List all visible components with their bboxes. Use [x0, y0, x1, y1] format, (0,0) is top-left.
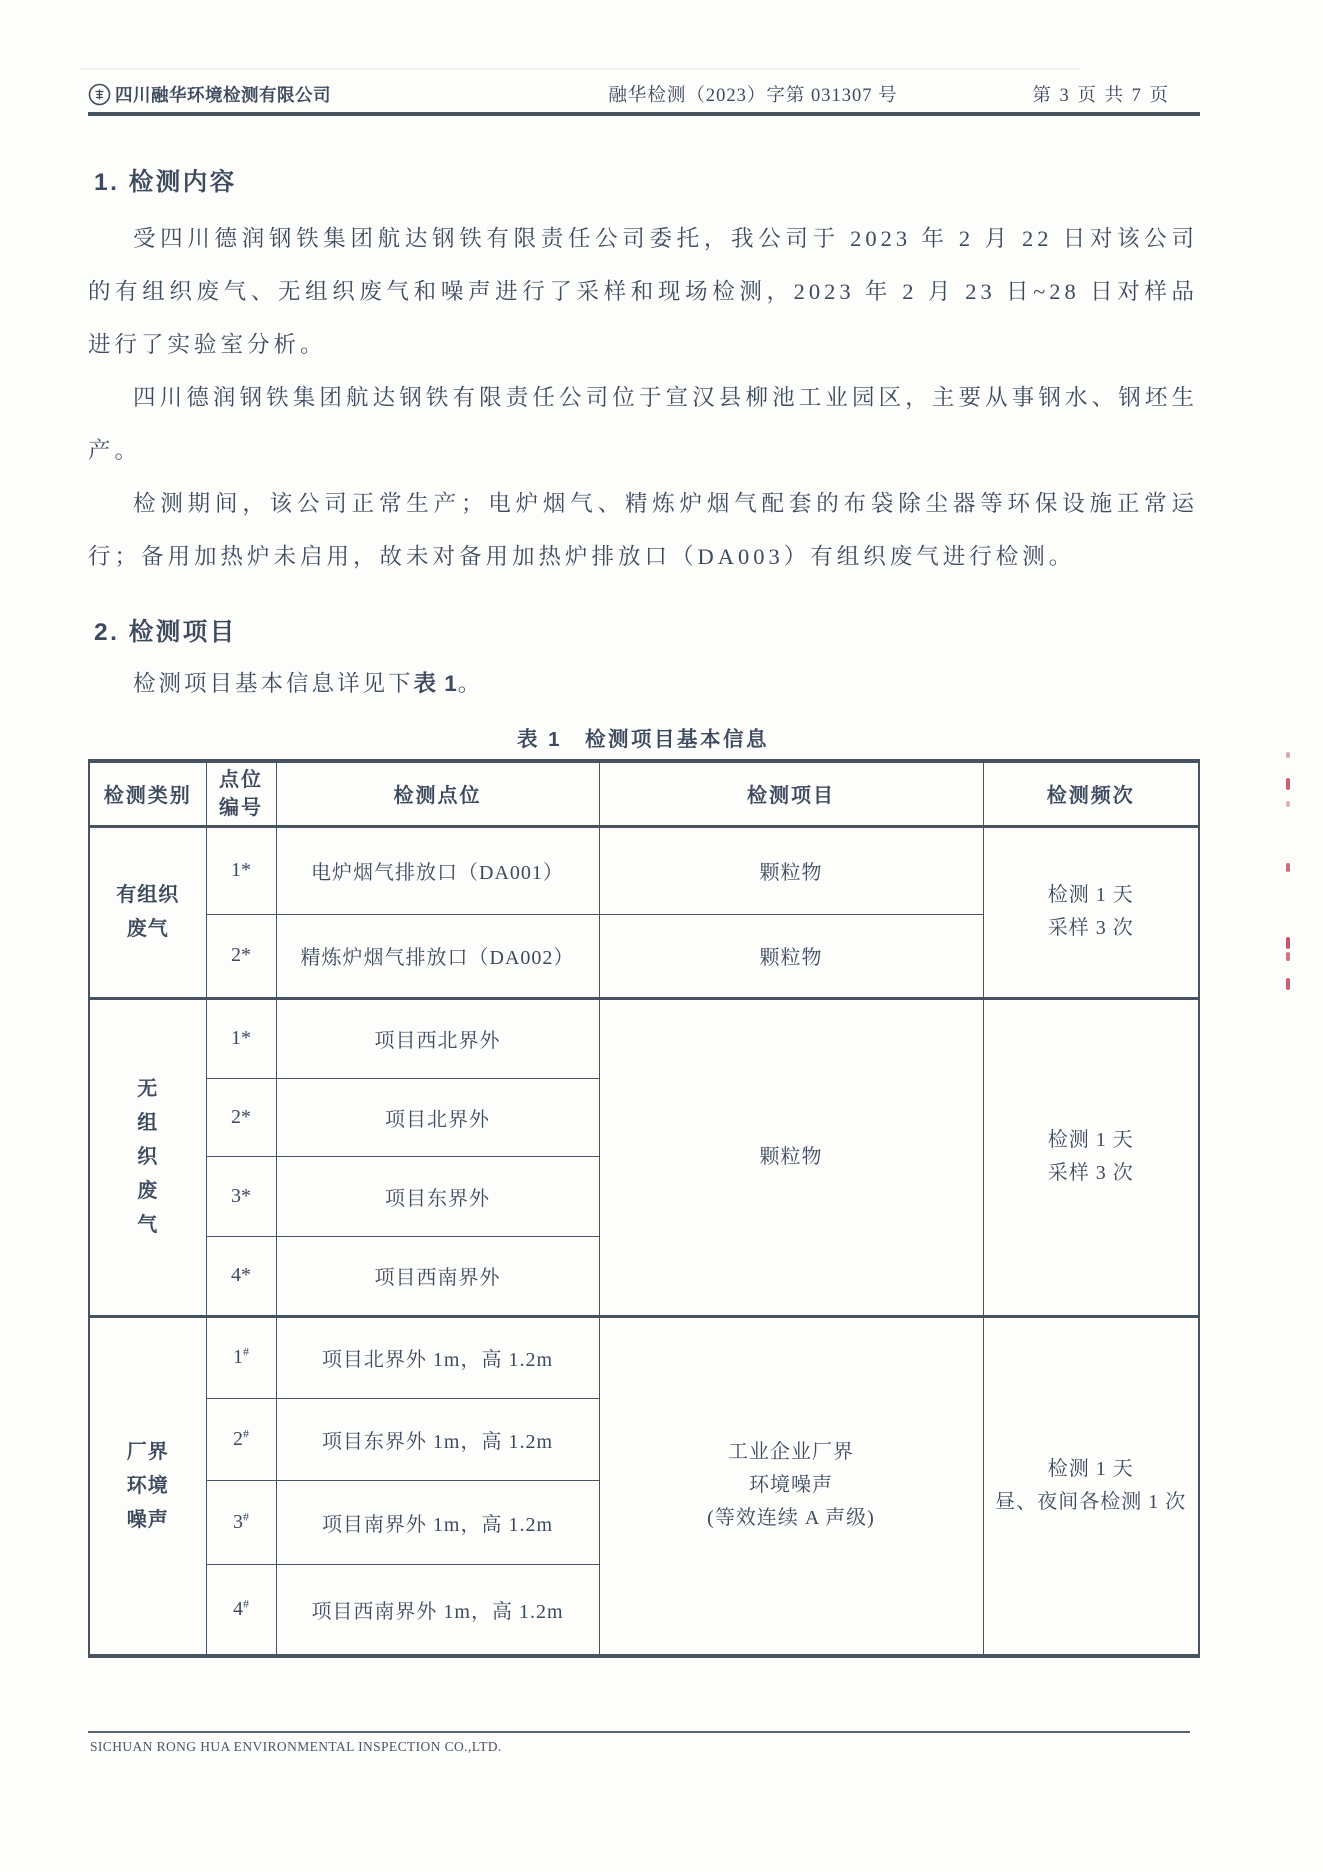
point-cell: 项目北界外	[276, 1078, 599, 1156]
point-cell: 项目东界外	[276, 1156, 599, 1236]
red-scan-mark	[1286, 778, 1290, 790]
table-row: 无组织废气1*项目西北界外颗粒物检测 1 天采样 3 次	[89, 998, 1199, 1078]
point-number-cell: 3#	[206, 1480, 276, 1564]
company-logo-icon	[88, 83, 111, 106]
point-cell: 项目北界外 1m，高 1.2m	[276, 1316, 599, 1398]
section1-paragraph-3: 检测期间，该公司正常生产；电炉烟气、精炼炉烟气配套的布袋除尘器等环保设施正常运行…	[88, 477, 1198, 583]
category-cell: 厂界环境噪声	[89, 1316, 206, 1656]
point-cell: 项目西北界外	[276, 998, 599, 1078]
item-cell: 工业企业厂界环境噪声(等效连续 A 声级)	[599, 1316, 983, 1656]
document-page: 四川融华环境检测有限公司 融华检测（2023）字第 031307 号 第 3 页…	[0, 0, 1323, 1872]
header-category: 检测类别	[89, 761, 206, 826]
header-item: 检测项目	[599, 761, 983, 826]
company-identity: 四川融华环境检测有限公司	[88, 82, 418, 107]
monitoring-items-table: 检测类别 点位 编号 检测点位 检测项目 检测频次 有组织废气1*电炉烟气排放口…	[88, 759, 1200, 1658]
red-scan-mark	[1286, 801, 1290, 807]
section1-paragraph-1: 受四川德润钢铁集团航达钢铁有限责任公司委托，我公司于 2023 年 2 月 22…	[88, 212, 1198, 371]
company-name: 四川融华环境检测有限公司	[115, 82, 331, 107]
table-row: 有组织废气1*电炉烟气排放口（DA001）颗粒物检测 1 天采样 3 次	[89, 826, 1199, 914]
red-scan-mark	[1286, 937, 1290, 949]
point-cell: 项目东界外 1m，高 1.2m	[276, 1398, 599, 1480]
section1-paragraph-2: 四川德润钢铁集团航达钢铁有限责任公司位于宣汉县柳池工业园区，主要从事钢水、钢坯生…	[88, 371, 1198, 477]
category-cell: 有组织废气	[89, 826, 206, 998]
item-cell: 颗粒物	[599, 826, 983, 914]
document-body: 1. 检测内容 受四川德润钢铁集团航达钢铁有限责任公司委托，我公司于 2023 …	[88, 163, 1198, 1658]
red-scan-mark	[1286, 978, 1290, 990]
point-cell: 电炉烟气排放口（DA001）	[276, 826, 599, 914]
point-number-cell: 4*	[206, 1236, 276, 1316]
document-number: 融华检测（2023）字第 031307 号	[533, 81, 973, 107]
frequency-cell: 检测 1 天采样 3 次	[983, 998, 1199, 1316]
point-number-cell: 2#	[206, 1398, 276, 1480]
footer-company-name: SICHUAN RONG HUA ENVIRONMENTAL INSPECTIO…	[90, 1739, 502, 1755]
section2-intro-suffix: 。	[458, 671, 484, 696]
header-frequency: 检测频次	[983, 761, 1199, 826]
frequency-cell: 检测 1 天昼、夜间各检测 1 次	[983, 1316, 1199, 1656]
point-number-cell: 1#	[206, 1316, 276, 1398]
page-header: 四川融华环境检测有限公司 融华检测（2023）字第 031307 号 第 3 页…	[88, 78, 1198, 110]
point-number-cell: 4#	[206, 1564, 276, 1656]
item-cell: 颗粒物	[599, 998, 983, 1316]
point-cell: 精炼炉烟气排放口（DA002）	[276, 914, 599, 998]
table-body: 有组织废气1*电炉烟气排放口（DA001）颗粒物检测 1 天采样 3 次2*精炼…	[89, 826, 1199, 1656]
category-cell: 无组织废气	[89, 998, 206, 1316]
section1-title: 1. 检测内容	[94, 163, 1198, 198]
point-cell: 项目西南界外 1m，高 1.2m	[276, 1564, 599, 1656]
red-scan-mark	[1286, 952, 1290, 961]
red-scan-mark	[1286, 863, 1290, 872]
point-cell: 项目西南界外	[276, 1236, 599, 1316]
section2-title: 2. 检测项目	[94, 613, 1198, 648]
header-point-number: 点位 编号	[206, 761, 276, 826]
red-scan-mark	[1286, 752, 1290, 758]
table-row: 厂界环境噪声1#项目北界外 1m，高 1.2m工业企业厂界环境噪声(等效连续 A…	[89, 1316, 1199, 1398]
header-rule	[88, 112, 1200, 116]
point-cell: 项目南界外 1m，高 1.2m	[276, 1480, 599, 1564]
section2-intro: 检测项目基本信息详见下表 1。	[88, 662, 1198, 706]
point-number-cell: 2*	[206, 914, 276, 998]
header-point: 检测点位	[276, 761, 599, 826]
point-number-cell: 3*	[206, 1156, 276, 1236]
point-number-cell: 1*	[206, 826, 276, 914]
item-cell: 颗粒物	[599, 914, 983, 998]
table-caption: 表 1 检测项目基本信息	[88, 722, 1198, 752]
footer-rule	[88, 1731, 1190, 1733]
table-reference: 表 1	[414, 671, 458, 696]
scan-artifact-streak	[80, 68, 1080, 70]
frequency-cell: 检测 1 天采样 3 次	[983, 826, 1199, 998]
table-header-row: 检测类别 点位 编号 检测点位 检测项目 检测频次	[89, 761, 1199, 826]
page-indicator: 第 3 页 共 7 页	[1032, 81, 1170, 107]
section2-intro-prefix: 检测项目基本信息详见下	[133, 671, 414, 696]
point-number-cell: 1*	[206, 998, 276, 1078]
point-number-cell: 2*	[206, 1078, 276, 1156]
